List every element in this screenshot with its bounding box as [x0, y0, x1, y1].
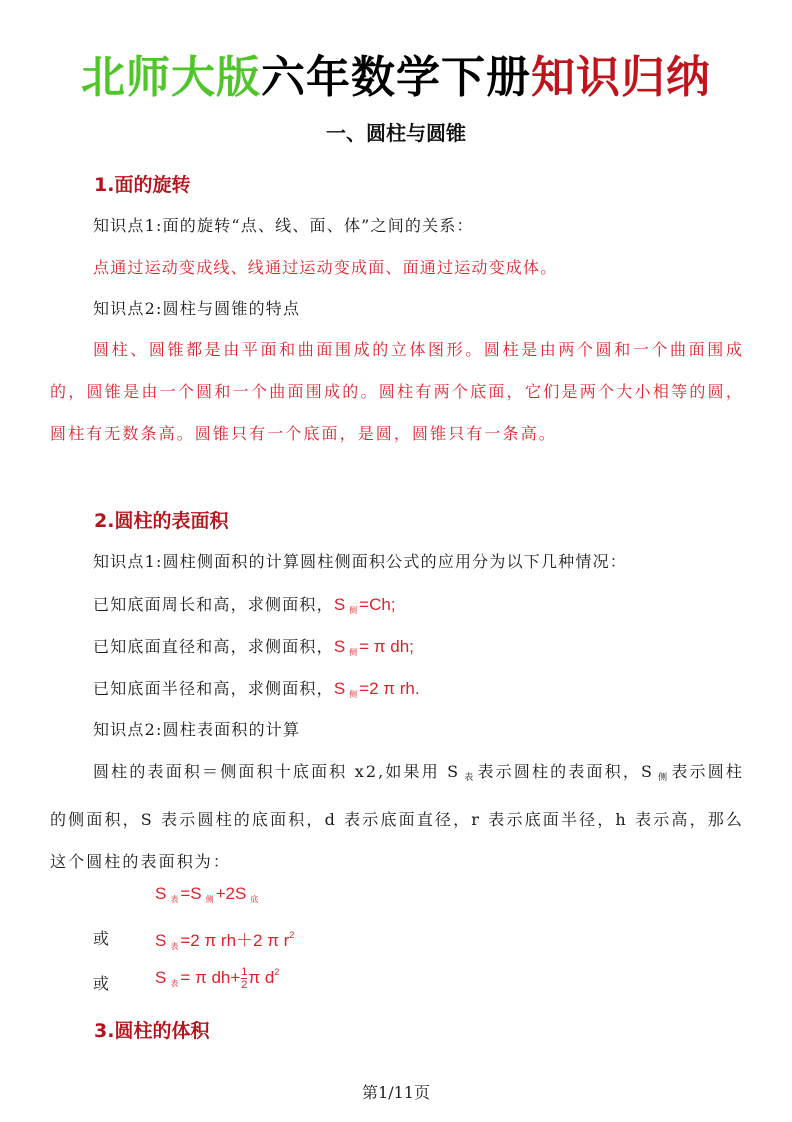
chapter-title: 一、圆柱与圆锥 [0, 117, 792, 146]
section-2-kp2: 知识点2:圆柱表面积的计算 [93, 718, 300, 742]
lateral-area-case-3: 已知底面半径和高，求侧面积，S侧=2 π rh. [93, 677, 420, 707]
section-1-kp2: 知识点2:圆柱与圆锥的特点 [93, 297, 300, 321]
section-1-kp1-answer: 点通过运动变成线、线通过运动变成面、面通过运动变成体。 [93, 256, 557, 280]
section-1-kp1: 知识点1:面的旋转“点、线、面、体”之间的关系： [93, 214, 474, 238]
section-2-kp1: 知识点1:圆柱侧面积的计算圆柱侧面积公式的应用分为以下几种情况： [93, 550, 627, 574]
formula-surface-3: S表= π dh+12π d2 [155, 966, 279, 991]
document-title: 北师大版六年数学下册知识归纳 [0, 52, 792, 104]
or-label-1: 或 [93, 926, 109, 949]
formula-surface-1: S表=S侧+2S底 [155, 884, 260, 905]
formula-lateral-1: S侧=Ch; [334, 595, 396, 614]
surface-area-explanation: 圆柱的表面积＝侧面积十底面积 x2,如果用 S表表示圆柱的表面积，S侧表示圆柱的… [50, 751, 744, 883]
page-number: 第1/11页 [0, 1080, 792, 1103]
or-label-2: 或 [93, 971, 109, 994]
section-3-heading: 3.圆柱的体积 [94, 1016, 209, 1043]
formula-surface-2: S表=2 π rh＋2 π r2 [155, 926, 294, 952]
formula-lateral-3: S侧=2 π rh. [334, 679, 420, 698]
section-2-heading: 2.圆柱的表面积 [94, 506, 228, 533]
title-publisher: 北师大版 [81, 52, 261, 103]
title-grade: 六年数学下册 [261, 52, 531, 103]
section-1-kp2-answer: 圆柱、圆锥都是由平面和曲面围成的立体图形。圆柱是由两个圆和一个曲面围成的，圆锥是… [50, 329, 744, 455]
title-summary: 知识归纳 [531, 52, 711, 103]
section-1-heading: 1.面的旋转 [94, 170, 190, 197]
formula-lateral-2: S侧= π dh; [334, 637, 414, 656]
fraction-one-half: 12 [241, 966, 247, 991]
lateral-area-case-1: 已知底面周长和高，求侧面积，S侧=Ch; [93, 593, 396, 623]
lateral-area-case-2: 已知底面直径和高，求侧面积，S侧= π dh; [93, 635, 414, 665]
